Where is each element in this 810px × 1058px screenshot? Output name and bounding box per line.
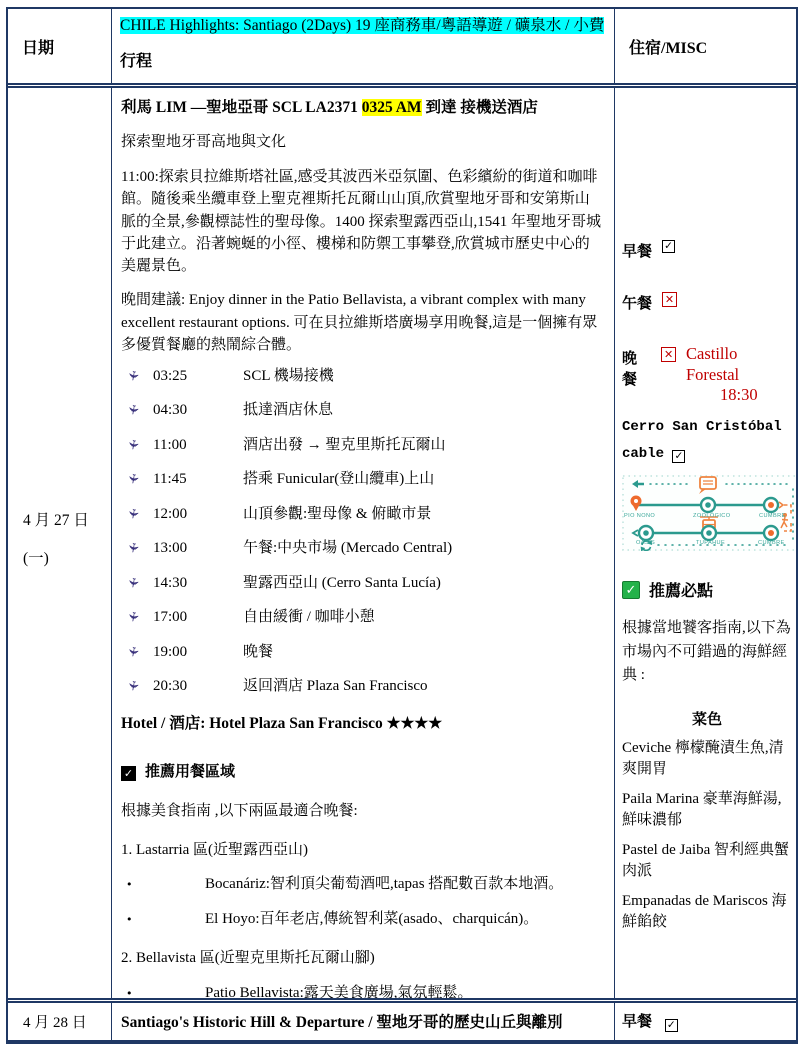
schedule-item: ✈ 04:30 抵達酒店休息 bbox=[121, 400, 604, 435]
schedule-item: ✈ 20:30 返回酒店 Plaza San Francisco bbox=[121, 676, 604, 711]
hotel-line: Hotel / 酒店: Hotel Plaza San Francisco ★★… bbox=[121, 713, 604, 735]
schedule-activity: 山頂參觀:聖母像 & 俯瞰市景 bbox=[243, 504, 431, 526]
map-station-label: CUMBRE bbox=[758, 540, 785, 546]
schedule-item: ✈ 11:45 搭乘 Funicular(登山纜車)上山 bbox=[121, 469, 604, 504]
checked-checkbox-icon: ✓ bbox=[672, 450, 685, 463]
dish-item: Paila Marina 豪華海鮮湯,鮮味濃郁 bbox=[622, 789, 792, 831]
map-station-label: OASIS bbox=[636, 540, 655, 546]
plane-icon: ✈ bbox=[121, 504, 153, 523]
checked-checkbox-icon: ✓ bbox=[665, 1019, 678, 1032]
schedule-item: ✈ 17:00 自由緩衝 / 咖啡小憩 bbox=[121, 607, 604, 642]
schedule-activity: 酒店出發 → 聖克里斯托瓦爾山 bbox=[243, 435, 446, 457]
dining-section-heading: ✓ 推薦用餐區域 bbox=[121, 762, 604, 784]
restaurant-text: El Hoyo:百年老店,傳統智利菜(asado、charquicán)。 bbox=[205, 909, 538, 931]
restaurant-item: • Patio Bellavista:露天美食廣場,氣氛輕鬆。 bbox=[121, 983, 604, 998]
schedule-time: 04:30 bbox=[153, 400, 243, 422]
restaurant-item: • El Hoyo:百年老店,傳統智利菜(asado、charquicán)。 bbox=[121, 909, 604, 931]
header-itinerary-cell: CHILE Highlights: Santiago (2Days) 19 座商… bbox=[112, 9, 615, 83]
plane-icon: ✈ bbox=[121, 435, 153, 454]
day1-date: 4 月 27 日 bbox=[23, 508, 111, 530]
crossed-checkbox-icon: ✕ bbox=[662, 292, 677, 307]
recommend-section-heading: ✓ 推薦必點 bbox=[622, 578, 792, 601]
schedule-activity: 自由緩衝 / 咖啡小憩 bbox=[243, 607, 375, 629]
dishes-title: 菜色 bbox=[622, 708, 792, 729]
map-station-label: TUPAHUE bbox=[696, 540, 725, 546]
bullet-icon: • bbox=[121, 874, 205, 896]
dining-heading-label: 推薦用餐區域 bbox=[145, 762, 235, 784]
header-itinerary-label: 行程 bbox=[120, 48, 606, 71]
schedule-activity: 抵達酒店休息 bbox=[243, 400, 333, 422]
flight-time-highlight: 0325 AM bbox=[362, 99, 422, 116]
evening-suggestion: 晚間建議: Enjoy dinner in the Patio Bellavis… bbox=[121, 289, 604, 357]
dining-intro: 根據美食指南 ,以下兩區最適合晚餐: bbox=[121, 801, 604, 823]
schedule-time: 11:00 bbox=[153, 435, 243, 457]
day2-itinerary-cell: Santiago's Historic Hill & Departure / 聖… bbox=[112, 1003, 615, 1040]
schedule-activity: 午餐:中央市場 (Mercado Central) bbox=[243, 538, 452, 560]
schedule-list: ✈ 03:25 SCL 機場接機 ✈ 04:30 抵達酒店休息 ✈ 11:00 … bbox=[121, 366, 604, 711]
plane-icon: ✈ bbox=[121, 573, 153, 592]
plane-icon: ✈ bbox=[121, 676, 153, 695]
itinerary-table: 日期 CHILE Highlights: Santiago (2Days) 19… bbox=[6, 7, 798, 1044]
schedule-time: 17:00 bbox=[153, 607, 243, 629]
header-row: 日期 CHILE Highlights: Santiago (2Days) 19… bbox=[8, 9, 796, 83]
day2-breakfast-label: 早餐 bbox=[622, 1014, 652, 1030]
cable-car-route-map: PIO NONO ZOOLÓGICO CUMBRE OASIS TUPAHUE … bbox=[622, 475, 796, 551]
itinerary-document: 日期 CHILE Highlights: Santiago (2Days) 19… bbox=[0, 0, 810, 1058]
bullet-icon: • bbox=[121, 983, 205, 998]
dish-item: Ceviche 檸檬醃漬生魚,清爽開胃 bbox=[622, 738, 792, 780]
header-date-cell: 日期 bbox=[8, 9, 112, 83]
restaurant-item: • Bocanáriz:智利頂尖葡萄酒吧,tapas 搭配數百款本地酒。 bbox=[121, 874, 604, 896]
dining-area-1: 1. Lastarria 區(近聖露西亞山) bbox=[121, 840, 604, 862]
day1-title: 利馬 LIM —聖地亞哥 SCL LA2371 0325 AM 到達 接機送酒店 bbox=[121, 97, 604, 119]
map-station-label: ZOOLÓGICO bbox=[693, 512, 731, 519]
schedule-time: 13:00 bbox=[153, 538, 243, 560]
header-misc-label: 住宿/MISC bbox=[629, 35, 707, 58]
schedule-time: 12:00 bbox=[153, 504, 243, 526]
schedule-time: 03:25 bbox=[153, 366, 243, 388]
schedule-item: ✈ 19:00 晚餐 bbox=[121, 642, 604, 677]
schedule-activity: 聖露西亞山 (Cerro Santa Lucía) bbox=[243, 573, 441, 595]
schedule-time: 19:00 bbox=[153, 642, 243, 664]
schedule-activity: 晚餐 bbox=[243, 642, 273, 664]
day2-misc-cell: 早餐 ✓ bbox=[615, 1003, 796, 1040]
day1-subtitle: 探索聖地牙哥高地與文化 bbox=[121, 132, 604, 154]
recommend-heading-label: 推薦必點 bbox=[649, 578, 713, 601]
plane-icon: ✈ bbox=[121, 366, 153, 385]
schedule-time: 14:30 bbox=[153, 573, 243, 595]
day2-date: 4 月 28 日 bbox=[23, 1015, 87, 1031]
schedule-item: ✈ 03:25 SCL 機場接機 bbox=[121, 366, 604, 401]
plane-icon: ✈ bbox=[121, 469, 153, 488]
lunch-label: 午餐 bbox=[622, 292, 652, 313]
day1-itinerary-cell: 利馬 LIM —聖地亞哥 SCL LA2371 0325 AM 到達 接機送酒店… bbox=[112, 88, 615, 998]
plane-icon: ✈ bbox=[121, 607, 153, 626]
schedule-time: 20:30 bbox=[153, 676, 243, 698]
schedule-item: ✈ 14:30 聖露西亞山 (Cerro Santa Lucía) bbox=[121, 573, 604, 608]
crossed-checkbox-icon: ✕ bbox=[661, 347, 676, 362]
map-station-label: PIO NONO bbox=[624, 513, 655, 519]
day1-weekday: (一) bbox=[23, 546, 111, 568]
checked-checkbox-icon: ✓ bbox=[662, 240, 675, 253]
day1-misc-cell: 早餐 ✓ 午餐 ✕ 晚餐 ✕ Castillo Forestal 18:30 bbox=[615, 88, 796, 998]
dinner-reservation-note: Castillo Forestal 18:30 bbox=[686, 344, 792, 406]
trip-title-highlight: CHILE Highlights: Santiago (2Days) 19 座商… bbox=[120, 17, 604, 34]
schedule-activity: 搭乘 Funicular(登山纜車)上山 bbox=[243, 469, 434, 491]
day2-date-cell: 4 月 28 日 bbox=[8, 1003, 112, 1040]
cable-car-note: Cerro San Cristóbal cable ✓ bbox=[622, 414, 792, 469]
day2-title: Santiago's Historic Hill & Departure / 聖… bbox=[121, 1014, 562, 1031]
breakfast-label: 早餐 bbox=[622, 240, 652, 261]
plane-icon: ✈ bbox=[121, 400, 153, 419]
restaurant-text: Patio Bellavista:露天美食廣場,氣氛輕鬆。 bbox=[205, 983, 473, 998]
day2-row: 4 月 28 日 Santiago's Historic Hill & Depa… bbox=[8, 998, 796, 1040]
plane-icon: ✈ bbox=[121, 538, 153, 557]
map-station-label: CUMBRE bbox=[759, 513, 786, 519]
restaurant-text: Bocanáriz:智利頂尖葡萄酒吧,tapas 搭配數百款本地酒。 bbox=[205, 874, 563, 896]
plane-icon: ✈ bbox=[121, 642, 153, 661]
lunch-row: 午餐 ✕ bbox=[622, 292, 792, 313]
day1-description: 11:00:探索貝拉維斯塔社區,感受其波西米亞氛圍、色彩繽紛的街道和咖啡館。隨後… bbox=[121, 166, 604, 277]
dinner-row: 晚餐 ✕ Castillo Forestal 18:30 bbox=[622, 347, 792, 406]
day1-row: 4 月 27 日 (一) 利馬 LIM —聖地亞哥 SCL LA2371 032… bbox=[8, 83, 796, 998]
green-checked-checkbox-icon: ✓ bbox=[622, 581, 640, 599]
breakfast-row: 早餐 ✓ bbox=[622, 240, 792, 261]
dish-item: Pastel de Jaiba 智利經典蟹肉派 bbox=[622, 840, 792, 882]
schedule-time: 11:45 bbox=[153, 469, 243, 491]
dining-area-2: 2. Bellavista 區(近聖克里斯托瓦爾山腳) bbox=[121, 948, 604, 970]
schedule-activity: 返回酒店 Plaza San Francisco bbox=[243, 676, 428, 698]
header-misc-cell: 住宿/MISC bbox=[615, 9, 796, 83]
day1-date-cell: 4 月 27 日 (一) bbox=[8, 88, 112, 998]
recommend-intro: 根據當地饕客指南,以下為市場內不可錯過的海鮮經典 : bbox=[622, 617, 792, 687]
schedule-activity: SCL 機場接機 bbox=[243, 366, 334, 388]
schedule-item: ✈ 13:00 午餐:中央市場 (Mercado Central) bbox=[121, 538, 604, 573]
bullet-icon: • bbox=[121, 909, 205, 931]
dish-item: Empanadas de Mariscos 海鮮餡餃 bbox=[622, 891, 792, 933]
header-date-label: 日期 bbox=[22, 35, 54, 58]
schedule-item: ✈ 12:00 山頂參觀:聖母像 & 俯瞰市景 bbox=[121, 504, 604, 539]
dinner-label: 晚餐 bbox=[622, 347, 651, 389]
checked-checkbox-icon: ✓ bbox=[121, 766, 136, 781]
schedule-item: ✈ 11:00 酒店出發 → 聖克里斯托瓦爾山 bbox=[121, 435, 604, 470]
